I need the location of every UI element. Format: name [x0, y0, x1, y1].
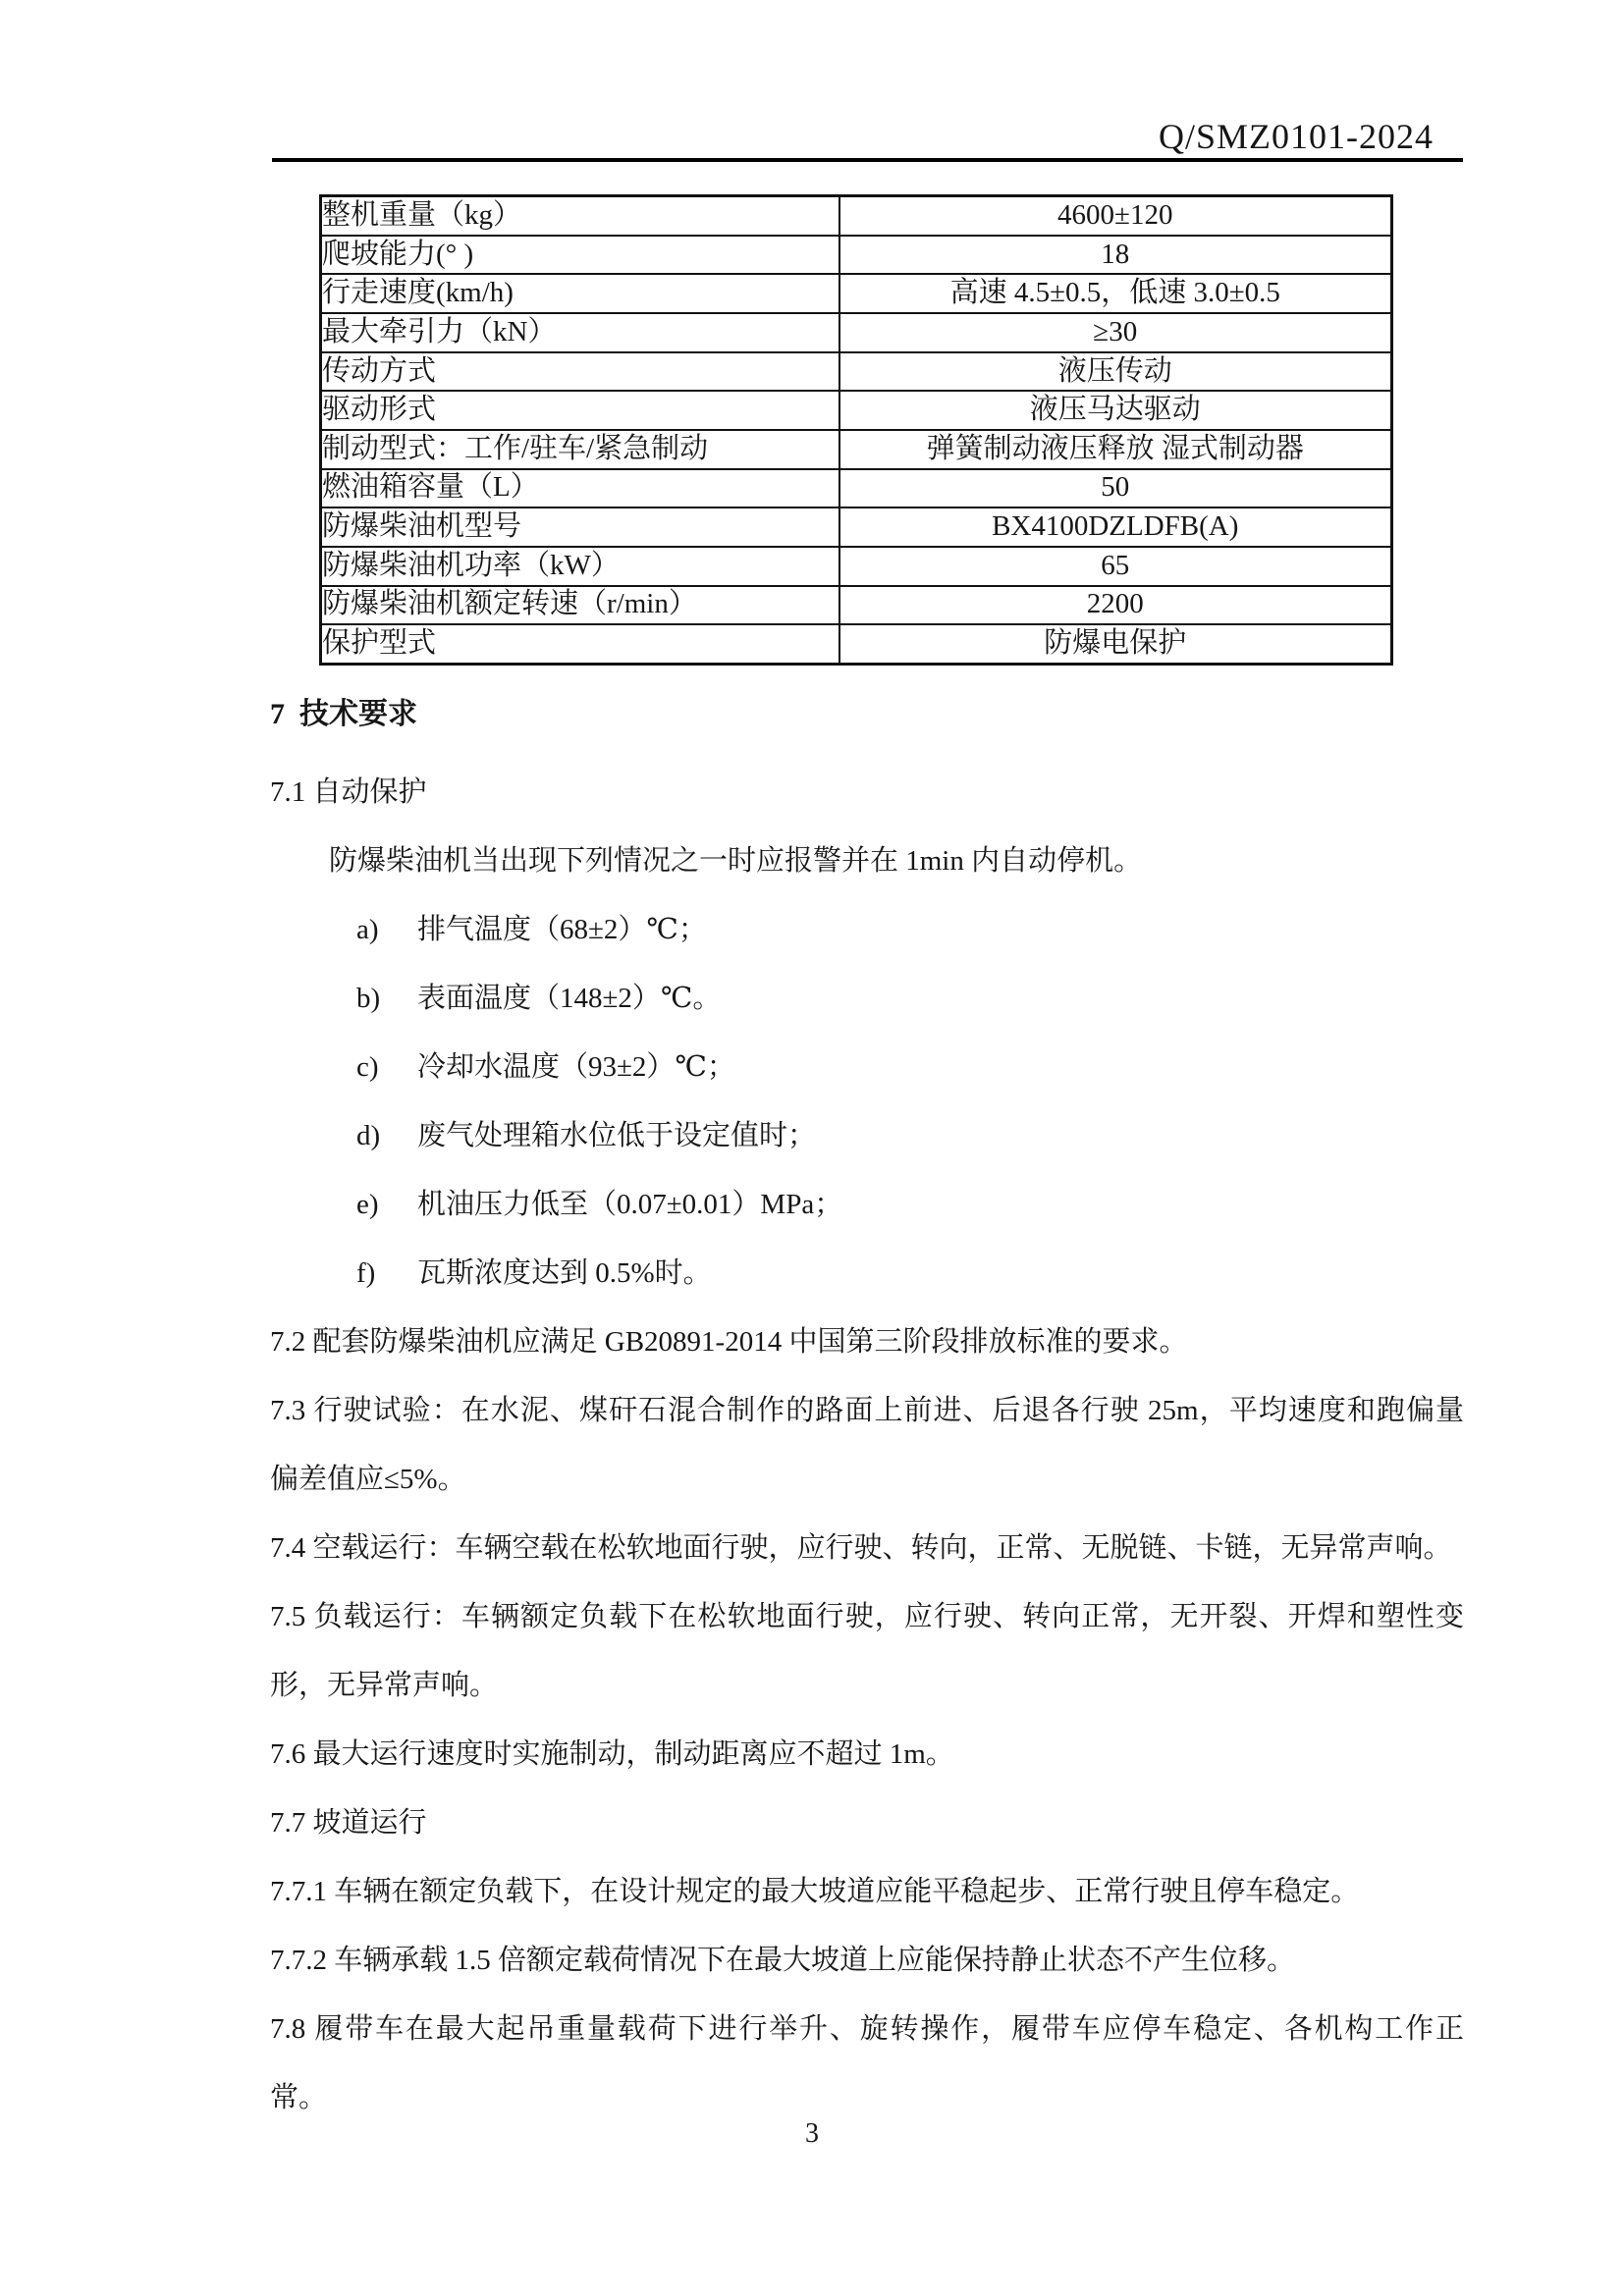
list-label: e) [356, 1183, 417, 1226]
alarm-condition-e: e)机油压力低至（0.07±0.01）MPa； [270, 1183, 1464, 1252]
spec-label: 防爆柴油机型号 [321, 507, 839, 547]
spec-value: 2200 [839, 586, 1392, 625]
list-text: 机油压力低至（0.07±0.01）MPa； [417, 1189, 842, 1220]
spec-table: 整机重量（kg） 4600±120 爬坡能力(° ) 18 行走速度(km/h)… [319, 194, 1393, 666]
table-row: 防爆柴油机额定转速（r/min） 2200 [321, 586, 1392, 625]
list-label: c) [356, 1045, 417, 1089]
alarm-condition-f: f)瓦斯浓度达到 0.5%时。 [270, 1252, 1464, 1320]
clause-7-2: 7.2 配套防爆柴油机应满足 GB20891-2014 中国第三阶段排放标准的要… [270, 1320, 1464, 1389]
spec-label: 最大牵引力（kN） [321, 313, 839, 352]
alarm-condition-b: b)表面温度（148±2）℃。 [270, 977, 1464, 1045]
spec-value: 高速 4.5±0.5，低速 3.0±0.5 [839, 274, 1392, 313]
table-row: 最大牵引力（kN） ≥30 [321, 313, 1392, 352]
spec-label: 防爆柴油机功率（kW） [321, 547, 839, 586]
list-text: 废气处理箱水位低于设定值时； [417, 1120, 816, 1151]
clause-7-7-2: 7.7.2 车辆承载 1.5 倍额定载荷情况下在最大坡道上应能保持静止状态不产生… [270, 1939, 1464, 2007]
alarm-condition-d: d)废气处理箱水位低于设定值时； [270, 1114, 1464, 1183]
spec-value: BX4100DZLDFB(A) [839, 507, 1392, 547]
clause-7-5: 7.5 负载运行：车辆额定负载下在松软地面行驶，应行驶、转向正常，无开裂、开焊和… [270, 1595, 1464, 1664]
clause-7-3: 7.3 行驶试验：在水泥、煤矸石混合制作的路面上前进、后退各行驶 25m，平均速… [270, 1389, 1464, 1458]
alarm-condition-c: c)冷却水温度（93±2）℃； [270, 1045, 1464, 1114]
list-label: d) [356, 1114, 417, 1157]
table-row: 防爆柴油机型号 BX4100DZLDFB(A) [321, 507, 1392, 547]
spec-value: 弹簧制动液压释放 湿式制动器 [839, 430, 1392, 469]
spec-label: 驱动形式 [321, 391, 839, 430]
spec-value: 4600±120 [839, 196, 1392, 236]
list-label: f) [356, 1252, 417, 1295]
table-row: 传动方式 液压传动 [321, 352, 1392, 392]
spec-label: 制动型式：工作/驻车/紧急制动 [321, 430, 839, 469]
clause-7-1-intro: 防爆柴油机当出现下列情况之一时应报警并在 1min 内自动停机。 [270, 839, 1464, 908]
list-text: 瓦斯浓度达到 0.5%时。 [417, 1257, 712, 1289]
list-text: 冷却水温度（93±2）℃； [417, 1051, 735, 1083]
spec-value: 液压马达驱动 [839, 391, 1392, 430]
clause-7-6: 7.6 最大运行速度时实施制动，制动距离应不超过 1m。 [270, 1733, 1464, 1801]
list-text: 表面温度（148±2）℃。 [417, 983, 721, 1014]
spec-label: 防爆柴油机额定转速（r/min） [321, 586, 839, 625]
technical-requirements-section: 7 技术要求 7.1 自动保护 防爆柴油机当出现下列情况之一时应报警并在 1mi… [270, 693, 1464, 2145]
document-page: Q/SMZ0101-2024 整机重量（kg） 4600±120 爬坡能力(° … [0, 0, 1624, 2296]
table-row: 保护型式 防爆电保护 [321, 624, 1392, 664]
table-row: 制动型式：工作/驻车/紧急制动 弹簧制动液压释放 湿式制动器 [321, 430, 1392, 469]
table-row: 驱动形式 液压马达驱动 [321, 391, 1392, 430]
spec-label: 爬坡能力(° ) [321, 236, 839, 275]
list-label: b) [356, 977, 417, 1020]
table-row: 行走速度(km/h) 高速 4.5±0.5，低速 3.0±0.5 [321, 274, 1392, 313]
list-text: 排气温度（68±2）℃； [417, 914, 707, 945]
spec-label: 燃油箱容量（L） [321, 469, 839, 508]
table-row: 爬坡能力(° ) 18 [321, 236, 1392, 275]
header-divider-rule [272, 158, 1463, 162]
spec-value: 50 [839, 469, 1392, 508]
clause-7-5-continued: 形，无异常声响。 [270, 1664, 1464, 1733]
table-row: 防爆柴油机功率（kW） 65 [321, 547, 1392, 586]
spec-label: 整机重量（kg） [321, 196, 839, 236]
spec-value: 液压传动 [839, 352, 1392, 392]
spec-label: 保护型式 [321, 624, 839, 664]
table-row: 燃油箱容量（L） 50 [321, 469, 1392, 508]
clause-7-3-continued: 偏差值应≤5%。 [270, 1458, 1464, 1526]
clause-7-1: 7.1 自动保护 [270, 771, 1464, 839]
clause-7-7-1: 7.7.1 车辆在额定负载下，在设计规定的最大坡道应能平稳起步、正常行驶且停车稳… [270, 1870, 1464, 1939]
clause-7-4: 7.4 空载运行：车辆空载在松软地面行驶，应行驶、转向，正常、无脱链、卡链，无异… [270, 1526, 1464, 1595]
spec-value: 65 [839, 547, 1392, 586]
section-heading: 7 技术要求 [270, 693, 1464, 771]
page-number: 3 [0, 2118, 1624, 2150]
table-row: 整机重量（kg） 4600±120 [321, 196, 1392, 236]
spec-value: 防爆电保护 [839, 624, 1392, 664]
alarm-condition-a: a)排气温度（68±2）℃； [270, 908, 1464, 977]
clause-7-7: 7.7 坡道运行 [270, 1801, 1464, 1870]
spec-value: 18 [839, 236, 1392, 275]
spec-label: 传动方式 [321, 352, 839, 392]
document-code: Q/SMZ0101-2024 [270, 116, 1434, 157]
list-label: a) [356, 908, 417, 951]
spec-value: ≥30 [839, 313, 1392, 352]
clause-7-8: 7.8 履带车在最大起吊重量载荷下进行举升、旋转操作，履带车应停车稳定、各机构工… [270, 2007, 1464, 2076]
spec-label: 行走速度(km/h) [321, 274, 839, 313]
